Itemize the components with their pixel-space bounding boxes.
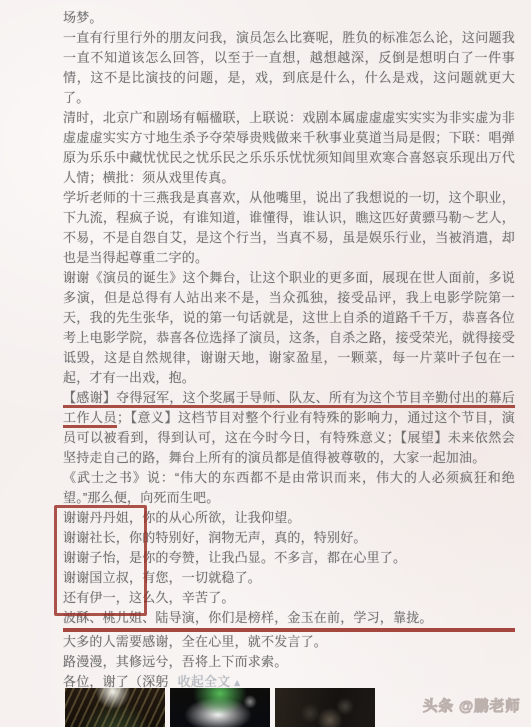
photo-thumbnail-3[interactable]: [275, 688, 375, 727]
paragraph-birth-of-actor: 谢谢《演员的诞生》这个舞台，让这个职业的更多面，展现在世人面前，多说多演，但是总…: [63, 268, 515, 388]
paragraph-thanks-ziyi: 谢谢子怡，是你的夸赞，让我凸显。不多言，都在心里了。: [63, 548, 515, 568]
paragraph-thanks-shezhang: 谢谢社长，你的特别好，润物无声，真的，特别好。: [63, 528, 515, 548]
paragraph-question: 一直有行里行外的朋友问我，演员怎么比赛呢，胜负的标准怎么论，这问题我一直不知道该…: [63, 28, 515, 108]
paragraph-role-models: 波酥、桃儿姐、陆导演，你们是榜样，金玉在前，学习，靠拢。: [63, 608, 515, 632]
paragraph-couplet: 清时，北京广和剧场有幅楹联，上联说：戏剧本属虚虚虚实实实为非实虚为非虚虚虚实实方…: [63, 108, 515, 188]
paragraph-thanks-yiyi: 还有伊一，这么久，辛苦了。: [63, 588, 515, 608]
paragraph-others: 大多的人需要感谢，全在心里，就不发言了。: [63, 632, 515, 652]
toutiao-watermark: 头条 @鹏老师: [423, 695, 521, 716]
paragraph-awards: 【感谢】夺得冠军，这个奖属于导师、队友、所有为这个节目辛勤付出的幕后工作人员；【…: [63, 388, 515, 468]
paragraph-road: 路漫漫，其修远兮，吾将上下而求索。: [63, 652, 515, 672]
collapse-full-text-link[interactable]: 收起全文: [178, 674, 231, 689]
awards-rest-text: ；【意义】这档节目对整个行业有特殊的影响力，通过这个节目，演员可以被看到，得到认…: [63, 410, 515, 465]
photo-thumbnail-1[interactable]: [65, 688, 165, 727]
paragraph-intro-tail: 场梦。: [63, 8, 515, 28]
paragraph-shisanyan: 学圻老师的十三燕我是真喜欢，从他嘴里，说出了我想说的一切，这个职业，下九流，程疯…: [63, 188, 515, 268]
photo-thumbnail-row: [65, 688, 375, 727]
post-body: 场梦。 一直有行里行外的朋友问我，演员怎么比赛呢，胜负的标准怎么论，这问题我一直…: [0, 0, 515, 693]
red-underlined-role-models: 波酥、桃儿姐、陆导演，你们是榜样，金玉在前，学习，靠拢。: [63, 608, 515, 632]
closing-text: 各位，谢了（深躬: [63, 674, 169, 689]
paragraph-thanks-guoli: 谢谢国立叔，有您，一切就稳了。: [63, 568, 515, 588]
paragraph-bushido: 《武士之书》说：“伟大的东西都不是由常识而来，伟大的人必须疯狂和绝望。”那么便，…: [63, 468, 515, 508]
weibo-post-screenshot: 场梦。 一直有行里行外的朋友问我，演员怎么比赛呢，胜负的标准怎么论，这问题我一直…: [0, 0, 531, 727]
photo-thumbnail-2[interactable]: [170, 688, 270, 727]
paragraph-thanks-dandan: 谢谢丹丹姐，你的从心所欲，让我仰望。: [63, 508, 515, 528]
